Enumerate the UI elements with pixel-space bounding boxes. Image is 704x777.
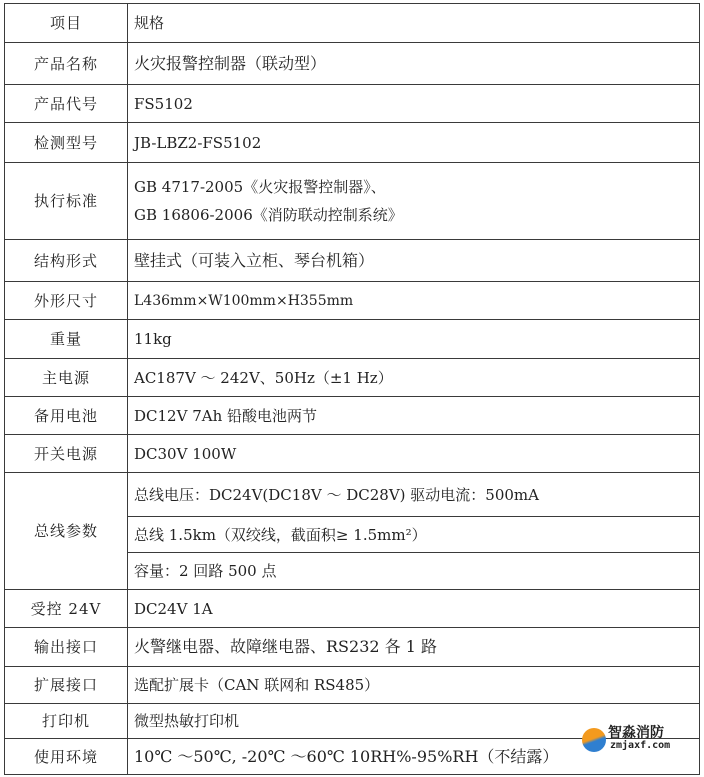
table-row: 开关电源 DC30V 100W <box>5 435 700 473</box>
row-label: 备用电池 <box>5 397 128 435</box>
table-header-row: 项目 规格 <box>5 4 700 43</box>
standard-line-2: GB 16806-2006《消防联动控制系统》 <box>134 201 693 229</box>
row-label: 主电源 <box>5 359 128 397</box>
row-label: 扩展接口 <box>5 667 128 704</box>
row-value: JB-LBZ2-FS5102 <box>128 123 700 163</box>
bus-length: 总线 1.5km（双绞线，截面积≥ 1.5mm²） <box>128 517 700 553</box>
row-value: DC30V 100W <box>128 435 700 473</box>
table-row: 主电源 AC187V ～ 242V、50Hz（±1 Hz） <box>5 359 700 397</box>
table-row: 产品名称 火灾报警控制器（联动型） <box>5 43 700 85</box>
flame-logo-icon <box>582 728 606 752</box>
row-value: 壁挂式（可装入立柜、琴台机箱） <box>128 240 700 282</box>
row-value: FS5102 <box>128 85 700 123</box>
bus-capacity: 容量：2 回路 500 点 <box>128 553 700 590</box>
bus-voltage: 总线电压：DC24V(DC18V ～ DC28V) 驱动电流：500mA <box>128 473 700 517</box>
row-label: 输出接口 <box>5 628 128 667</box>
header-item: 项目 <box>5 4 128 43</box>
row-value: AC187V ～ 242V、50Hz（±1 Hz） <box>128 359 700 397</box>
table-row: 检测型号 JB-LBZ2-FS5102 <box>5 123 700 163</box>
table-row: 输出接口 火警继电器、故障继电器、RS232 各 1 路 <box>5 628 700 667</box>
row-label: 开关电源 <box>5 435 128 473</box>
table-row: 执行标准 GB 4717-2005《火灾报警控制器》、 GB 16806-200… <box>5 163 700 240</box>
row-label: 结构形式 <box>5 240 128 282</box>
table-row: 备用电池 DC12V 7Ah 铅酸电池两节 <box>5 397 700 435</box>
header-spec: 规格 <box>128 4 700 43</box>
row-value: DC12V 7Ah 铅酸电池两节 <box>128 397 700 435</box>
row-value: 选配扩展卡（CAN 联网和 RS485） <box>128 667 700 704</box>
spec-table: 项目 规格 产品名称 火灾报警控制器（联动型） 产品代号 FS5102 检测型号… <box>4 3 700 775</box>
row-label: 检测型号 <box>5 123 128 163</box>
table-row: 产品代号 FS5102 <box>5 85 700 123</box>
row-label: 执行标准 <box>5 163 128 240</box>
row-value: DC24V 1A <box>128 590 700 628</box>
row-label: 产品名称 <box>5 43 128 85</box>
table-row-bus: 总线参数 总线电压：DC24V(DC18V ～ DC28V) 驱动电流：500m… <box>5 473 700 517</box>
table-row: 重量 11kg <box>5 320 700 359</box>
row-value: 11kg <box>128 320 700 359</box>
row-label: 打印机 <box>5 704 128 739</box>
table-row: 受控 24V DC24V 1A <box>5 590 700 628</box>
row-value: GB 4717-2005《火灾报警控制器》、 GB 16806-2006《消防联… <box>128 163 700 240</box>
row-value: 火灾报警控制器（联动型） <box>128 43 700 85</box>
row-label: 外形尺寸 <box>5 282 128 320</box>
watermark-domain: zmjaxf.com <box>610 740 670 751</box>
watermark: 智淼消防 zmjaxf.com <box>582 722 692 756</box>
row-label: 受控 24V <box>5 590 128 628</box>
row-value: L436mm×W100mm×H355mm <box>128 282 700 320</box>
table-row: 外形尺寸 L436mm×W100mm×H355mm <box>5 282 700 320</box>
row-label: 产品代号 <box>5 85 128 123</box>
watermark-name: 智淼消防 <box>608 722 664 742</box>
row-label: 总线参数 <box>5 473 128 590</box>
standard-line-1: GB 4717-2005《火灾报警控制器》、 <box>134 173 693 201</box>
table-row: 扩展接口 选配扩展卡（CAN 联网和 RS485） <box>5 667 700 704</box>
row-value: 火警继电器、故障继电器、RS232 各 1 路 <box>128 628 700 667</box>
row-label: 使用环境 <box>5 739 128 775</box>
table-row: 结构形式 壁挂式（可装入立柜、琴台机箱） <box>5 240 700 282</box>
row-label: 重量 <box>5 320 128 359</box>
